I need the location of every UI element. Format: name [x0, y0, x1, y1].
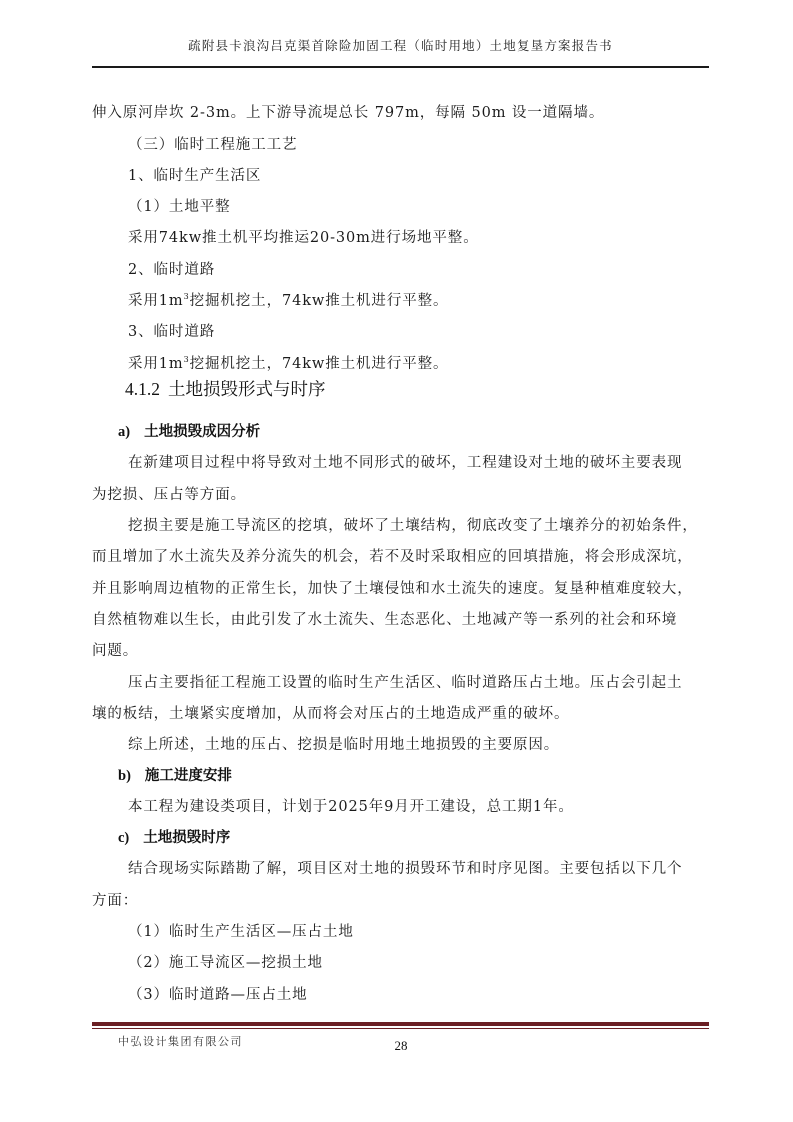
- body-line: 结合现场实际踏勘了解，项目区对土地的损毁环节和时序见图。主要包括以下几个: [128, 857, 682, 878]
- item-heading-2: 2、临时道路: [128, 258, 215, 279]
- list-item: （2）施工导流区—挖损土地: [128, 951, 323, 972]
- section-number: 4.1.2: [125, 379, 160, 399]
- body-line: 伸入原河岸坎 2-3m。上下游导流堤总长 797m，每隔 50m 设一道隔墙。: [92, 101, 604, 122]
- text-fragment: 采用1m: [128, 356, 184, 372]
- body-line: 壤的板结，土壤紧实度增加，从而将会对压占的土地造成严重的破坏。: [92, 702, 569, 723]
- text-fragment: 挖掘机挖土，74kw推土机进行平整。: [190, 356, 449, 372]
- subheading-b: b)施工进度安排: [118, 764, 232, 785]
- item-subheading-1: （1）土地平整: [128, 195, 231, 216]
- body-line: 并且影响周边植物的正常生长，加快了土壤侵蚀和水土流失的速度。复垦种植难度较大，: [92, 577, 693, 598]
- body-line: 问题。: [92, 639, 138, 660]
- body-line: 本工程为建设类项目，计划于2025年9月开工建设，总工期1年。: [128, 795, 574, 816]
- document-page: 疏附县卡浪沟吕克渠首除险加固工程（临时用地）土地复垦方案报告书 伸入原河岸坎 2…: [0, 0, 793, 1122]
- item-heading-1: 1、临时生产生活区: [128, 164, 261, 185]
- body-line: 采用74kw推土机平均推运20-30m进行场地平整。: [128, 226, 479, 247]
- body-line: 而且增加了水土流失及养分流失的机会，若不及时采取相应的回填措施，将会形成深坑，: [92, 545, 693, 566]
- footer-rule: [92, 1022, 709, 1026]
- subheading-c: c)土地损毁时序: [118, 826, 230, 847]
- subheading-tag: b): [118, 768, 131, 784]
- body-line: 方面：: [92, 889, 138, 910]
- body-line: 采用1m3挖掘机挖土，74kw推土机进行平整。: [128, 352, 448, 373]
- body-line: 自然植物难以生长，由此引发了水土流失、生态恶化、土地减产等一系列的社会和环境: [92, 608, 677, 629]
- body-line: 综上所述，土地的压占、挖损是临时用地土地损毁的主要原因。: [128, 733, 559, 754]
- section-heading-three: （三）临时工程施工工艺: [128, 133, 297, 154]
- list-item: （3）临时道路—压占土地: [128, 983, 308, 1004]
- footer-company: 中弘设计集团有限公司: [118, 1033, 243, 1049]
- body-line: 在新建项目过程中将导致对土地不同形式的破坏，工程建设对土地的破坏主要表现: [128, 451, 682, 472]
- section-title: 土地损毁形式与时序: [168, 380, 326, 400]
- section-heading-4-1-2: 4.1.2土地损毁形式与时序: [125, 376, 326, 401]
- running-header: 疏附县卡浪沟吕克渠首除险加固工程（临时用地）土地复垦方案报告书: [92, 36, 709, 54]
- header-rule: [92, 66, 709, 68]
- body-line: 采用1m3挖掘机挖土，74kw推土机进行平整。: [128, 289, 448, 310]
- subheading-tag: c): [118, 830, 129, 846]
- body-line: 挖损主要是施工导流区的挖填，破坏了土壤结构，彻底改变了土壤养分的初始条件，: [128, 514, 698, 535]
- item-heading-3: 3、临时道路: [128, 320, 215, 341]
- text-fragment: 采用1m: [128, 293, 184, 309]
- body-line: 压占主要指征工程施工设置的临时生产生活区、临时道路压占土地。压占会引起土: [128, 671, 682, 692]
- page-number: 28: [386, 1038, 416, 1054]
- subheading-tag: a): [118, 424, 130, 440]
- list-item: （1）临时生产生活区—压占土地: [128, 920, 354, 941]
- text-fragment: 挖掘机挖土，74kw推土机进行平整。: [190, 293, 449, 309]
- body-line: 为挖损、压占等方面。: [92, 483, 246, 504]
- subheading-title: 土地损毁时序: [143, 830, 230, 846]
- subheading-a: a)土地损毁成因分析: [118, 420, 260, 441]
- subheading-title: 土地损毁成因分析: [144, 424, 260, 440]
- footer-rule-thin: [92, 1028, 709, 1029]
- subheading-title: 施工进度安排: [145, 768, 232, 784]
